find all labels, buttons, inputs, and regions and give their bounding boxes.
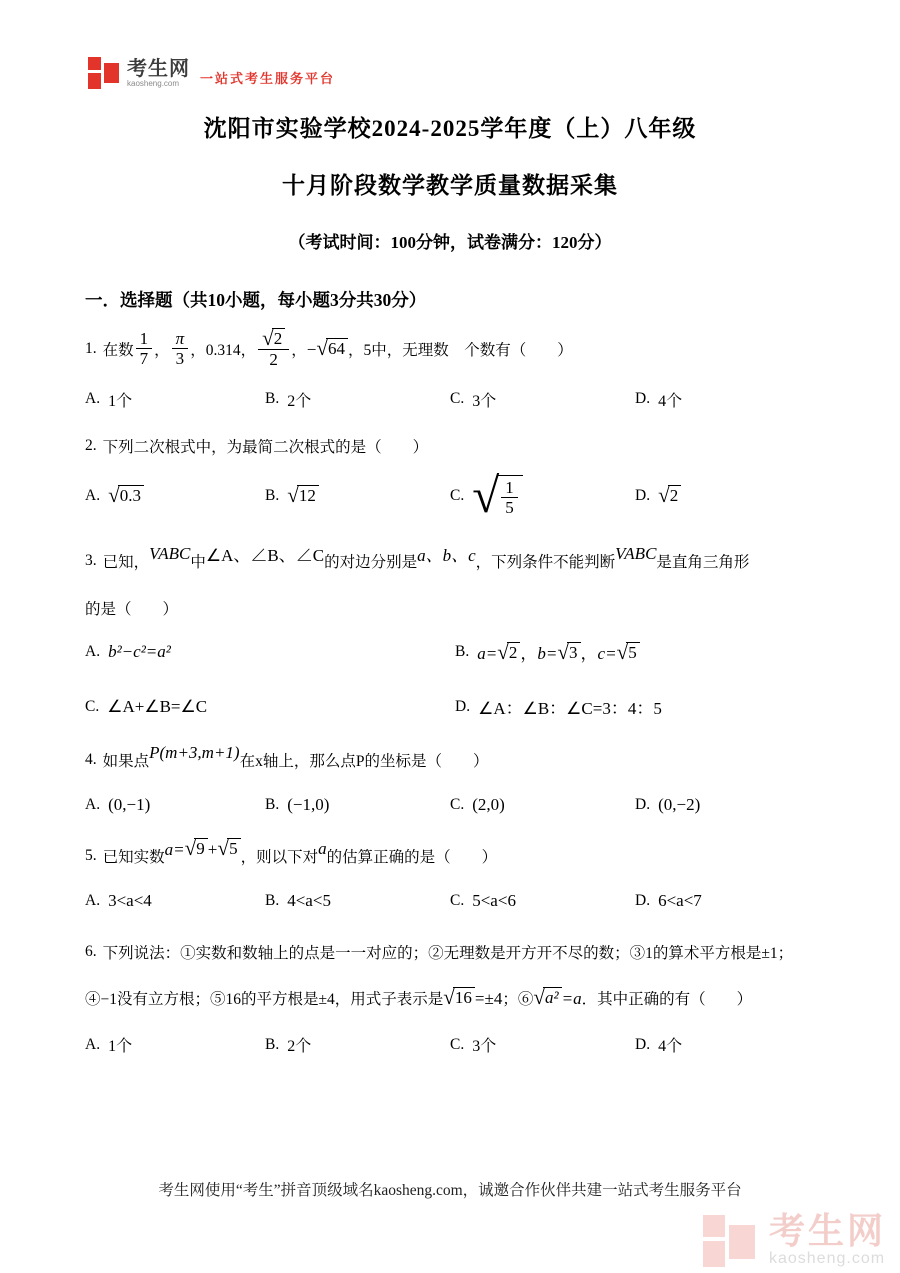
kaosheng-logo-icon [88,56,122,90]
q3-option-c: C.∠A+∠B=∠C [85,697,455,717]
exam-paper-page: 考生网 kaosheng.com 一站式考生服务平台 沈阳市实验学校2024-2… [0,0,900,1273]
q2-option-a: A.√0.3 [85,485,265,507]
question-2-options: A.√0.3 B.√12 C.√15 D.√2 [85,475,845,518]
stem-text: 的对边分别是 [324,550,417,572]
question-2: 2. 下列二次根式中，为最简二次根式的是（ ） A.√0.3 B.√12 C.√… [85,435,845,518]
stem-text: 已知， [103,550,150,572]
q6-option-b: B.2个 [265,1033,450,1056]
sides-abc: a、b、c [417,541,476,566]
question-6-stem-line1: 6. 下列说法：①实数和数轴上的点是一一对应的；②无理数是开方开不尽的数；③1的… [85,941,845,963]
question-3-options: A.b²−c²=a² B.a=√2，b=√3，c=√5 C.∠A+∠B=∠C D… [85,639,845,719]
sqrt-a-squared-formula: √a²=a [533,987,581,1009]
stem-text: ，5中，无理数 个数有（ ） [348,338,573,360]
question-number: 5. [85,847,97,865]
separator: ， [154,338,170,360]
triangle-abc: VABC [149,544,190,564]
q5-option-c: C.5<a<6 [450,891,635,911]
radical-sign: √ [472,475,499,517]
stem-text: 在数 [103,338,134,360]
exam-info: （考试时间：100分钟，试卷满分：120分） [0,228,900,253]
kaosheng-logo: 考生网 kaosheng.com 一站式考生服务平台 [88,56,335,90]
question-number: 6. [85,943,97,961]
question-4: 4. 如果点 P(m+3,m+1) 在x轴上，那么点P的坐标是（ ） A.(0,… [85,749,845,815]
question-1-options: A.1个 B.2个 C.3个 D.4个 [85,388,845,411]
logo-tagline: 一站式考生服务平台 [200,68,335,87]
question-1-stem: 1. 在数 17 ， π3 ，0.314， √22 ， −√64 ，5中，无理数… [85,328,845,370]
watermark-name: 考生网 [769,1213,886,1249]
question-3: 3. 已知， VABC 中 ∠A、∠B、∠C 的对边分别是 a、b、c ，下列条… [85,548,845,719]
watermark-logo: 考生网 kaosheng.com [703,1211,886,1269]
question-1: 1. 在数 17 ， π3 ，0.314， √22 ， −√64 ，5中，无理数… [85,328,845,411]
stem-text: 在x轴上，那么点P的坐标是（ ） [240,749,489,771]
stem-text: ，下列条件不能判断 [476,550,616,572]
angles-abc: ∠A、∠B、∠C [206,541,324,566]
stem-text: 下列二次根式中，为最简二次根式的是（ ） [103,435,429,457]
point-p-formula: P(m+3,m+1) [149,743,239,763]
q1-option-b: B.2个 [265,388,450,411]
question-number: 4. [85,751,97,769]
question-6-options: A.1个 B.2个 C.3个 D.4个 [85,1033,845,1056]
stem-text: 是直角三角形 [656,550,749,572]
question-number: 3. [85,552,97,570]
q2-option-d: D.√2 [635,485,845,507]
logo-domain: kaosheng.com [127,80,190,88]
stem-text: ，则以下对 [241,845,319,867]
question-3-stem-line1: 3. 已知， VABC 中 ∠A、∠B、∠C 的对边分别是 a、b、c ，下列条… [85,548,845,573]
q6-option-c: C.3个 [450,1033,635,1056]
question-number: 1. [85,340,97,358]
q2-option-c: C.√15 [450,475,635,518]
neg-sqrt-64: −√64 [307,338,348,360]
sqrt-16-formula: √16=±4 [443,987,502,1009]
question-number: 2. [85,437,97,455]
variable-a: a [318,839,327,859]
q3-option-b: B.a=√2，b=√3，c=√5 [455,639,845,664]
fraction-1-5: 15 [501,478,518,518]
q6-option-d: D.4个 [635,1033,845,1056]
watermark-text-block: 考生网 kaosheng.com [769,1213,886,1267]
q5-option-d: D.6<a<7 [635,891,845,911]
question-4-stem: 4. 如果点 P(m+3,m+1) 在x轴上，那么点P的坐标是（ ） [85,749,845,771]
watermark-logo-icon [703,1211,761,1269]
watermark-domain: kaosheng.com [769,1251,886,1267]
fraction-pi-3: π3 [172,329,189,369]
stem-text: 已知实数 [103,845,165,867]
q3-option-a: A.b²−c²=a² [85,642,455,662]
question-5: 5. 已知实数 a=√9+√5 ，则以下对 a 的估算正确的是（ ） A.3<a… [85,845,845,911]
stem-text: ；⑥ [502,987,533,1009]
section-heading: 一．选择题（共10小题，每小题3分共30分） [85,287,840,312]
triangle-abc: VABC [615,544,656,564]
stem-text: 的是（ ） [85,597,178,619]
q4-option-a: A.(0,−1) [85,795,265,815]
q1-option-d: D.4个 [635,388,845,411]
a-equals-sqrt9-plus-sqrt5: a=√9+√5 [165,838,241,860]
question-3-stem-line2: 的是（ ） [85,597,845,619]
q2-option-b: B.√12 [265,485,450,507]
q5-option-a: A.3<a<4 [85,891,265,911]
logo-text-block: 考生网 kaosheng.com [127,59,190,88]
page-title-line2: 十月阶段数学教学质量数据采集 [0,167,900,200]
q4-option-c: C.(2,0) [450,795,635,815]
q4-option-d: D.(0,−2) [635,795,845,815]
question-5-options: A.3<a<4 B.4<a<5 C.5<a<6 D.6<a<7 [85,891,845,911]
stem-text: 如果点 [103,749,150,771]
questions-area: 1. 在数 17 ， π3 ，0.314， √22 ， −√64 ，5中，无理数… [85,328,845,1056]
question-4-options: A.(0,−1) B.(−1,0) C.(2,0) D.(0,−2) [85,795,845,815]
q1-option-a: A.1个 [85,388,265,411]
stem-text: 的估算正确的是（ ） [327,845,498,867]
footer-text: 考生网使用“考生”拼音顶级域名kaosheng.com，诚邀合作伙伴共建一站式考… [0,1178,900,1200]
q4-option-b: B.(−1,0) [265,795,450,815]
logo-name: 考生网 [127,59,190,79]
stem-text: ．其中正确的有（ ） [582,987,753,1009]
q3-option-d: D.∠A：∠B：∠C=3：4：5 [455,694,845,719]
stem-text: 中 [190,550,206,572]
separator: ，0.314， [190,338,256,360]
fraction-1-7: 17 [136,329,153,369]
question-6: 6. 下列说法：①实数和数轴上的点是一一对应的；②无理数是开方开不尽的数；③1的… [85,941,845,1056]
separator: ， [291,338,307,360]
stem-text: 下列说法：①实数和数轴上的点是一一对应的；②无理数是开方开不尽的数；③1的算术平… [103,941,794,963]
q1-option-c: C.3个 [450,388,635,411]
question-6-stem-line2: ④−1没有立方根；⑤16的平方根是±4，用式子表示是 √16=±4 ；⑥ √a²… [85,987,845,1009]
fraction-sqrt2-2: √22 [258,328,289,370]
question-5-stem: 5. 已知实数 a=√9+√5 ，则以下对 a 的估算正确的是（ ） [85,845,845,867]
q6-option-a: A.1个 [85,1033,265,1056]
q5-option-b: B.4<a<5 [265,891,450,911]
question-2-stem: 2. 下列二次根式中，为最简二次根式的是（ ） [85,435,845,457]
stem-text: ④−1没有立方根；⑤16的平方根是±4，用式子表示是 [85,987,443,1009]
page-title-line1: 沈阳市实验学校2024-2025学年度（上）八年级 [0,110,900,143]
